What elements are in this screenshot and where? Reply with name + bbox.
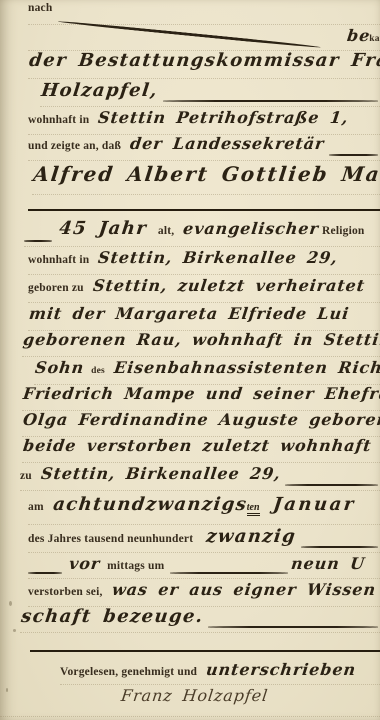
fill-line (163, 100, 378, 102)
father-line1: Eisenbahnassistenten Richa (113, 358, 380, 377)
approval-label: Vorgelesen, genehmigt und (60, 666, 197, 678)
field-notification: und zeigte an, daß der Landessekretär (28, 134, 380, 161)
parents-line: beide verstorben zuletzt wohnhaft in Ste (22, 436, 380, 455)
death-place-entry: Stettin, Birkenallee 29, (40, 464, 282, 483)
birth-label: geboren zu (28, 282, 84, 294)
death-place-label: zu (20, 470, 32, 482)
paper-speck (6, 688, 8, 692)
paper-speck (13, 629, 16, 632)
birth-entry: Stettin, zuletzt verheiratet (92, 276, 366, 295)
hour-entry: neun U (290, 554, 366, 573)
religion-entry: evangelischer (182, 219, 320, 238)
field-parents-status: beide verstorben zuletzt wohnhaft in Ste (22, 436, 380, 463)
residence-label: wohnhaft in (28, 114, 89, 126)
field-nach: nach (28, 2, 380, 25)
section-rule-bottom (30, 650, 380, 652)
father-line2: Friedrich Mampe und seiner Ehefrau (22, 384, 380, 403)
field-bekannt: be kannt (28, 26, 380, 51)
died-label: verstorben sei, (28, 586, 103, 598)
registry-document-page: nach be kannt der Bestattungskommissar F… (0, 0, 380, 720)
field-attestation-line2: schaft bezeuge. (20, 606, 380, 633)
field-declarant-residence: wohnhaft in Stettin Petrihofstraße 1, (28, 108, 380, 135)
fill-line (170, 572, 288, 574)
paper-speck (9, 601, 12, 606)
mother-line: Olga Ferdinandine Auguste geborenen Schu (22, 410, 380, 429)
bekannt-print: kannt (369, 34, 380, 44)
field-mother-line: Olga Ferdinandine Auguste geborenen Schu (22, 410, 380, 437)
field-parentage: Sohn des Eisenbahnassistenten Richa (34, 358, 380, 385)
signature-baseline (0, 702, 380, 717)
attest-line2: schaft bezeuge. (20, 606, 205, 627)
deceased-name: Alfred Albert Gottlieb Mampe (32, 162, 380, 186)
field-deceased-name: Alfred Albert Gottlieb Mampe (32, 162, 380, 195)
date-month: Januar (272, 494, 357, 515)
field-age-religion: 45 Jahr alt, evangelischer Religion (24, 218, 380, 247)
field-marriage-line2: geborenen Rau, wohnhaft in Stettin (22, 330, 380, 357)
lead-line (24, 240, 52, 242)
field-approval: Vorgelesen, genehmigt und unterschrieben (60, 660, 380, 685)
field-death-time: vor mittags um neun U (28, 554, 380, 579)
deceased-residence-label: wohnhaft in (28, 254, 89, 266)
notify-entry: der Landessekretär (129, 134, 326, 153)
marriage-line2: geborenen Rau, wohnhaft in Stettin (22, 330, 380, 349)
date-day: achtundzwanzigs (52, 494, 249, 515)
marriage-line1: mit der Margareta Elfriede Lui (28, 304, 350, 323)
date-label: am (28, 501, 44, 513)
declarant-name-line1: der Bestattungskommissar Franz (28, 50, 380, 71)
field-birthplace: geboren zu Stettin, zuletzt verheiratet (28, 276, 380, 303)
year-label: des Jahres tausend neunhundert (28, 533, 193, 545)
field-deceased-residence: wohnhaft in Stettin, Birkenallee 29, (28, 248, 380, 275)
field-marriage-line1: mit der Margareta Elfriede Lui (28, 304, 380, 331)
field-attestation-line1: verstorben sei, was er aus eigner Wissen (28, 580, 380, 607)
field-death-place: zu Stettin, Birkenallee 29, (20, 464, 380, 491)
date-day-suffix: ten (247, 502, 260, 516)
lead-line (28, 572, 62, 574)
deceased-residence-entry: Stettin, Birkenallee 29, (97, 248, 339, 267)
residence-entry: Stettin Petrihofstraße 1, (97, 108, 350, 127)
fill-line (285, 484, 378, 486)
son-entry: Sohn (34, 358, 85, 377)
fill-line (208, 626, 378, 628)
age-label: alt, (158, 225, 174, 237)
declarant-name-line2: Holzapfel, (40, 80, 159, 101)
age-entry: 45 Jahr (58, 218, 148, 239)
field-declarant-line1: der Bestattungskommissar Franz (28, 50, 380, 79)
fill-line (301, 546, 378, 548)
approval-entry: unterschrieben (205, 660, 357, 679)
field-death-date: am achtundzwanzigs ten Januar (28, 494, 380, 525)
year-entry: zwanzig (205, 526, 298, 547)
daytime-label: mittags um (107, 560, 164, 572)
section-rule-top (28, 209, 380, 211)
nach-label: nach (28, 2, 52, 14)
daytime-entry: vor (68, 554, 101, 573)
son-label: des (91, 366, 105, 376)
field-death-year: des Jahres tausend neunhundert zwanzig (28, 526, 380, 553)
religion-label: Religion (322, 225, 365, 237)
bekannt-script: be (346, 26, 372, 45)
field-declarant-line2: Holzapfel, (40, 80, 380, 107)
attest-line1: was er aus eigner Wissen (111, 580, 377, 599)
fill-line (329, 154, 378, 156)
field-father-line2: Friedrich Mampe und seiner Ehefrau (22, 384, 380, 411)
notify-label: und zeigte an, daß (28, 140, 121, 152)
